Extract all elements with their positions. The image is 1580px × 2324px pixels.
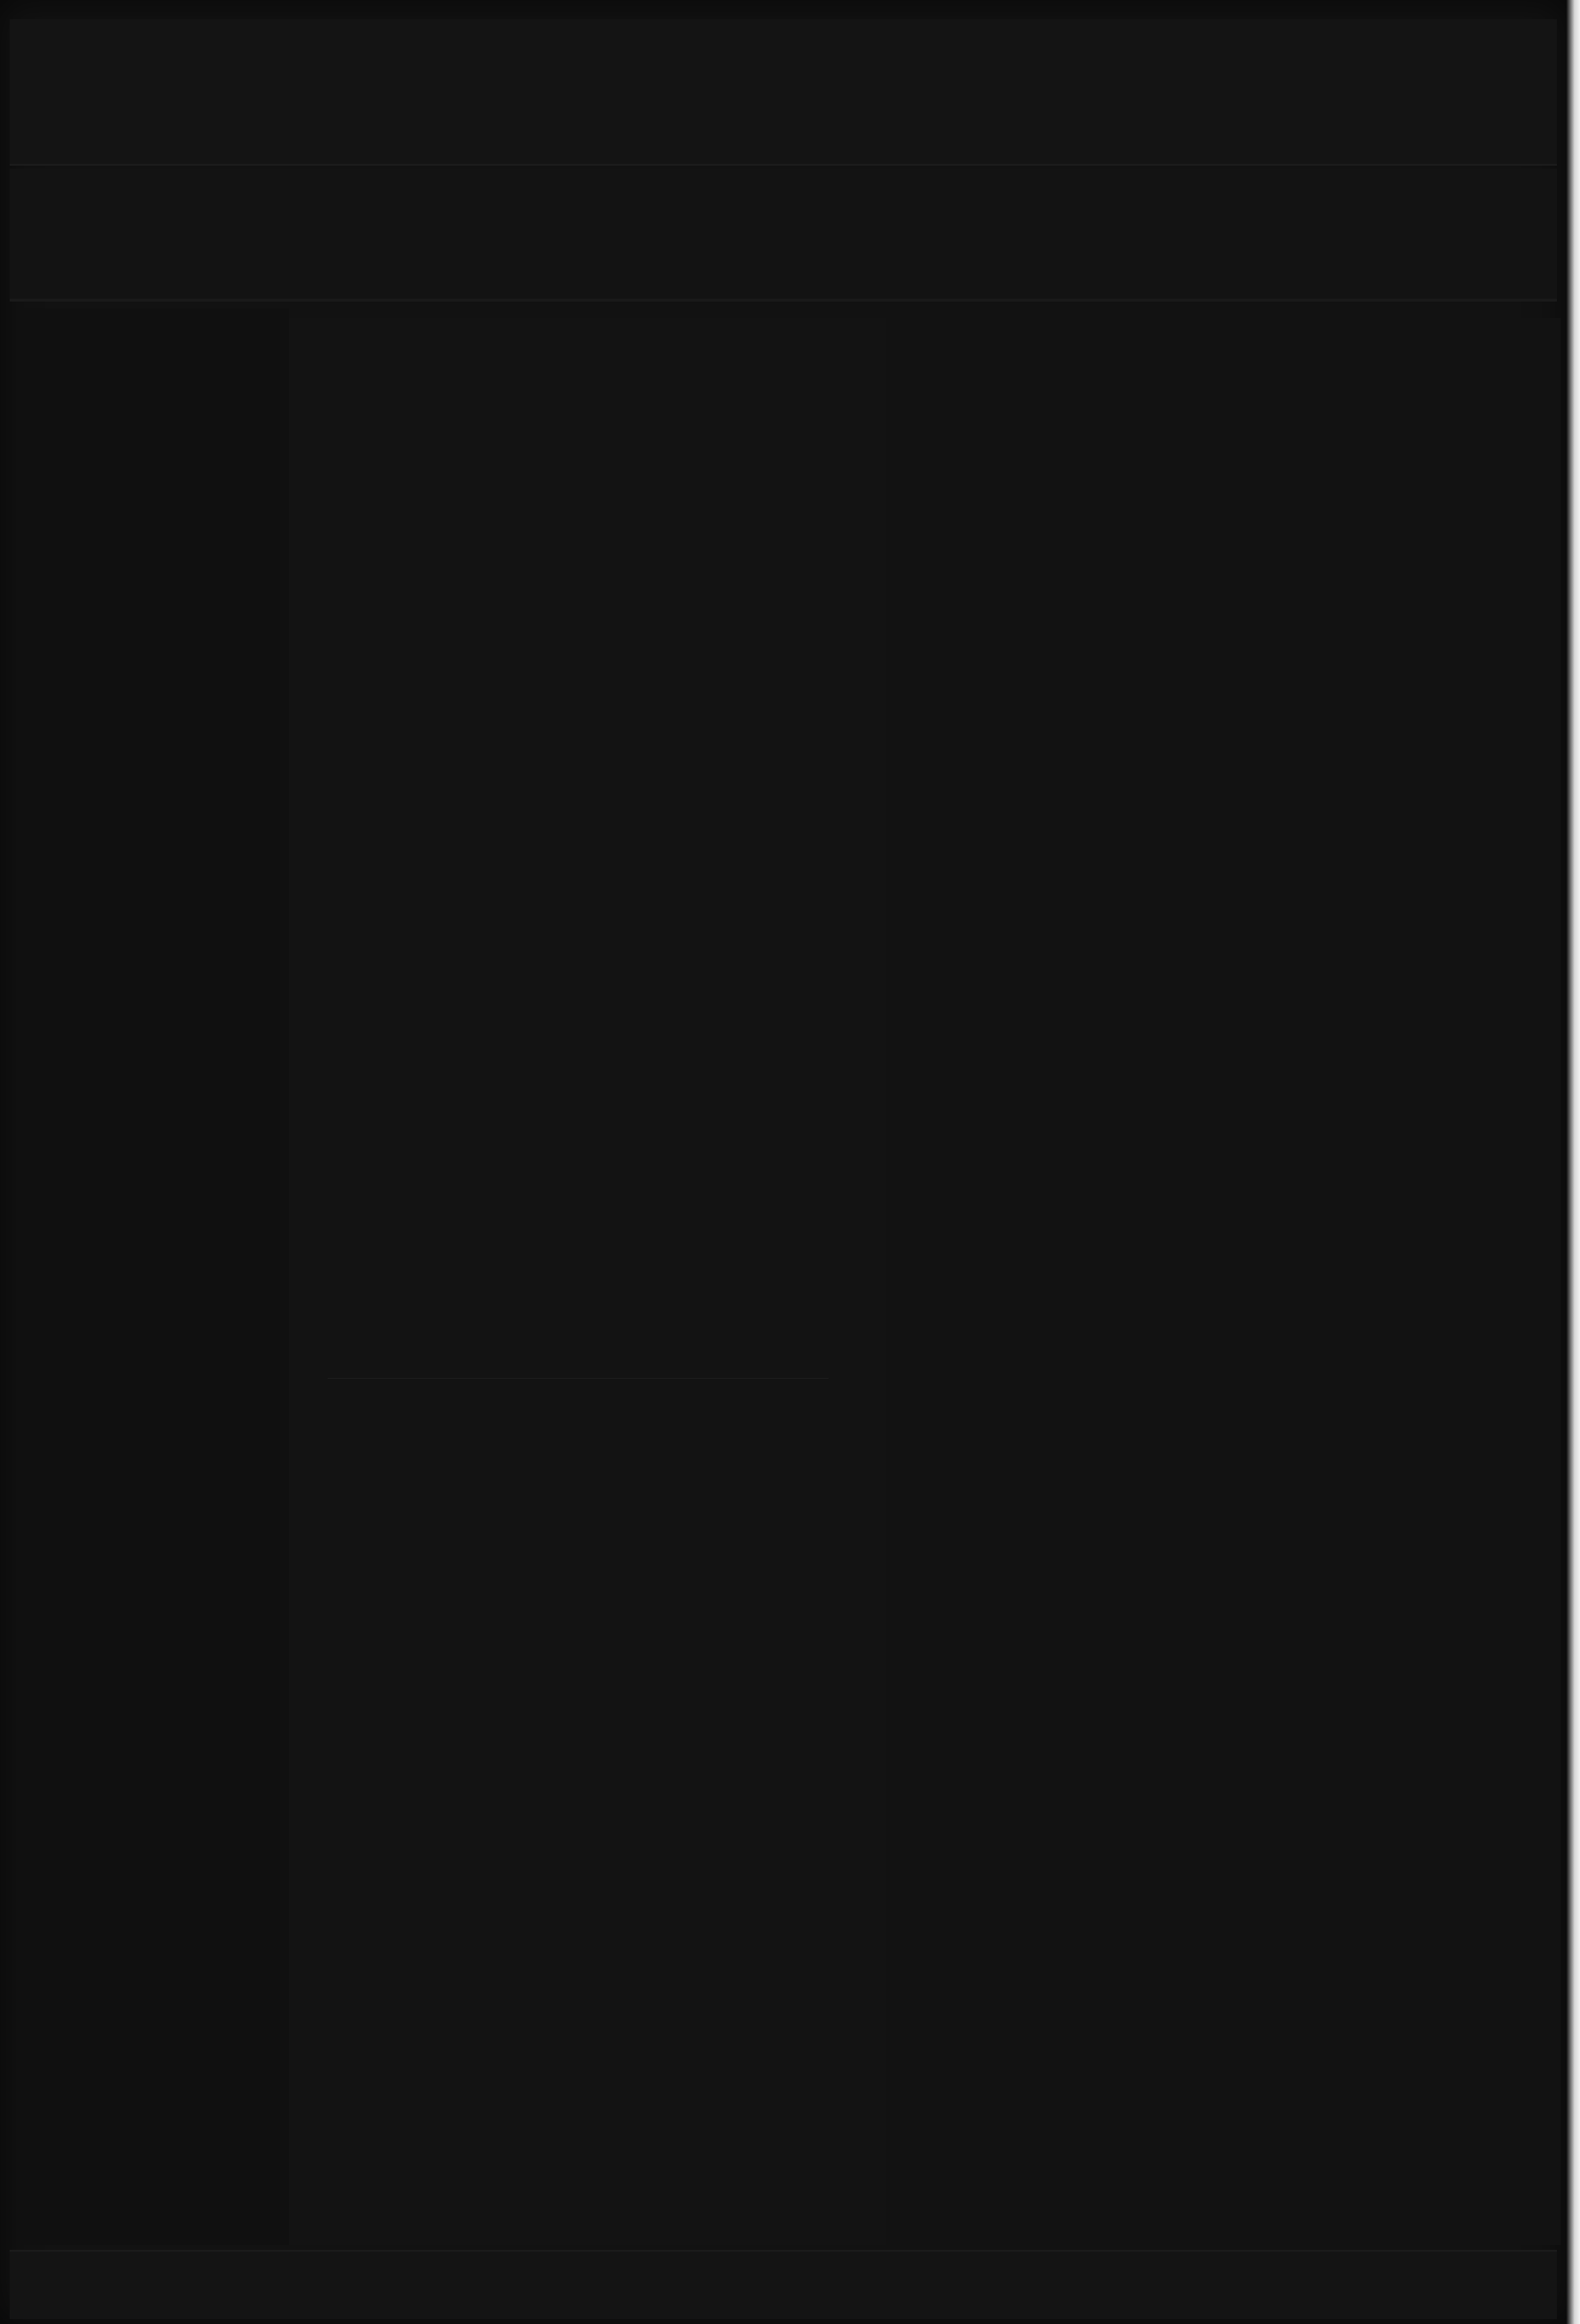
main-panel (289, 318, 886, 2245)
footer-band (10, 2250, 1557, 2319)
torn-edge (1567, 0, 1580, 2324)
subheader-band (10, 169, 1557, 302)
header-band (10, 19, 1557, 166)
divider (328, 1378, 829, 1379)
sidebar-region (19, 308, 289, 2245)
dark-canvas (0, 0, 1567, 2324)
right-column (886, 318, 1561, 2245)
